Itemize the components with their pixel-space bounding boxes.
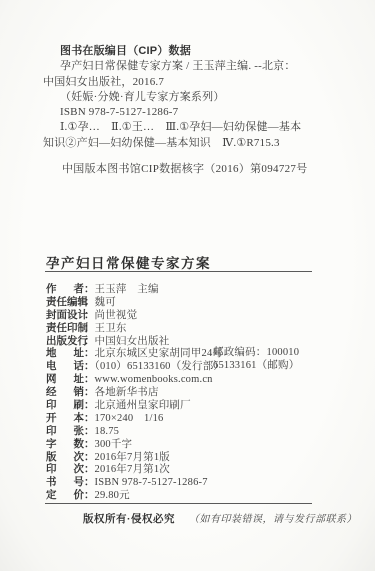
colophon-value: www.womenbooks.com.cn [95,374,213,385]
colophon-row: 网址：www.womenbooks.com.cn [46,373,346,386]
colophon-row: 地址：北京东城区史家胡同甲24号邮政编码：100010 [46,347,346,360]
colophon-row: 印刷：北京通州皇家印刷厂 [46,399,346,412]
colophon-value: 北京通州皇家印刷厂 [95,400,191,411]
cip-line: Ⅰ.①孕… Ⅱ.①王… Ⅲ.①孕妇—妇幼保健—基本 [43,120,323,135]
colophon-colon: ： [84,489,95,501]
colophon-label: 网址 [46,373,84,386]
colophon-value: 北京东城区史家胡同甲24号 [95,348,224,359]
colophon-value: 300千字 [95,439,133,450]
cip-line: ISBN 978-7-5127-1286-7 [43,105,323,120]
colophon-row: 责任编辑：魏可 [46,296,346,309]
cip-block: 图书在版编目（CIP）数据 孕产妇日常保健专家方案 / 王玉萍主编. --北京：… [43,44,323,151]
colophon-value: 170×240 1/16 [95,413,164,424]
colophon-label: 开本 [46,412,84,425]
copyright-notice: 版权所有·侵权必究 （如有印装错误，请与发行部联系） [83,509,357,527]
colophon-colon: ： [84,296,95,308]
colophon-label: 版次 [46,451,84,464]
colophon-colon: ： [84,360,95,372]
colophon-value: 魏可 [95,297,116,308]
colophon-row: 作者：王玉萍 主编 [46,283,346,296]
colophon-label: 责任编辑 [46,296,84,309]
cip-line: 知识②产妇—妇幼保健—基本知识 Ⅳ.①R715.3 [43,136,323,151]
colophon-value: 2016年7月第1次 [95,464,171,475]
colophon-colon: ： [84,451,95,463]
colophon-label: 定价 [46,489,84,502]
colophon-colon: ： [84,463,95,475]
colophon-row: 书号：ISBN 978-7-5127-1286-7 [46,476,346,489]
colophon-value: 尚世视觉 [95,310,138,321]
colophon-value: （010）65133160（发行部） [95,361,225,372]
colophon-colon: ： [84,412,95,424]
copyright-notice-bold: 版权所有·侵权必究 [83,513,175,525]
colophon-label: 印次 [46,463,84,476]
colophon-row: 封面设计：尚世视觉 [46,309,346,322]
colophon-label: 责任印制 [46,322,84,335]
colophon-value: 王玉萍 主编 [95,284,159,295]
cip-line: 孕产妇日常保健专家方案 / 王玉萍主编. --北京： [43,59,323,74]
footer-divider [45,503,312,504]
colophon-row: 印张：18.75 [46,425,346,438]
colophon-label: 印刷 [46,399,84,412]
colophon-value-secondary: 65133161（邮购） [213,360,299,373]
cip-registry-line: 中国版本图书馆CIP数据核字（2016）第094727号 [62,160,308,176]
colophon-colon: ： [84,283,95,295]
colophon-colon: ： [84,425,95,437]
cip-heading: 图书在版编目（CIP）数据 [43,44,323,59]
colophon-colon: ： [84,399,95,411]
colophon-value-secondary: 邮政编码：100010 [213,347,299,360]
colophon-value: 中国妇女出版社 [95,336,170,347]
colophon-label: 出版发行 [46,335,84,348]
colophon-row: 印次：2016年7月第1次 [46,463,346,476]
colophon-row: 字数：300千字 [46,438,346,451]
copyright-notice-note: （如有印装错误，请与发行部联系） [189,514,357,525]
colophon-value: 王卫东 [95,323,127,334]
colophon-row: 出版发行：中国妇女出版社 [46,335,346,348]
colophon-value: 29.80元 [95,490,130,501]
colophon-colon: ： [84,373,95,385]
colophon-colon: ： [84,335,95,347]
colophon-value: 18.75 [95,426,120,437]
colophon-colon: ： [84,476,95,488]
colophon-label: 字数 [46,438,84,451]
colophon-value: 各地新华书店 [95,387,159,398]
colophon-value: 2016年7月第1版 [95,452,171,463]
colophon-label: 经销 [46,386,84,399]
cip-line: 中国妇女出版社，2016.7 [43,75,323,90]
colophon-label: 作者 [46,283,84,296]
colophon-row: 开本：170×240 1/16 [46,412,346,425]
colophon-label: 电话 [46,360,84,373]
title-divider [45,271,312,272]
colophon-colon: ： [84,386,95,398]
colophon-row: 责任印制：王卫东 [46,322,346,335]
colophon-value: ISBN 978-7-5127-1286-7 [95,477,208,488]
colophon-list: 作者：王玉萍 主编责任编辑：魏可封面设计：尚世视觉责任印制：王卫东出版发行：中国… [46,283,346,502]
cip-paragraph: 孕产妇日常保健专家方案 / 王玉萍主编. --北京：中国妇女出版社，2016.7… [43,59,323,151]
colophon-colon: ： [84,309,95,321]
colophon-label: 书号 [46,476,84,489]
colophon-colon: ： [84,322,95,334]
copyright-page: 图书在版编目（CIP）数据 孕产妇日常保健专家方案 / 王玉萍主编. --北京：… [0,0,375,571]
cip-line: （妊娠·分娩·育儿专家方案系列） [43,90,323,105]
colophon-label: 印张 [46,425,84,438]
colophon-row: 经销：各地新华书店 [46,386,346,399]
book-title: 孕产妇日常保健专家方案 [46,252,211,272]
colophon-row: 定价：29.80元 [46,489,346,502]
colophon-colon: ： [84,347,95,359]
colophon-row: 版次：2016年7月第1版 [46,451,346,464]
colophon-label: 地址 [46,347,84,360]
colophon-colon: ： [84,438,95,450]
colophon-row: 电话：（010）65133160（发行部）65133161（邮购） [46,360,346,373]
colophon-label: 封面设计 [46,309,84,322]
